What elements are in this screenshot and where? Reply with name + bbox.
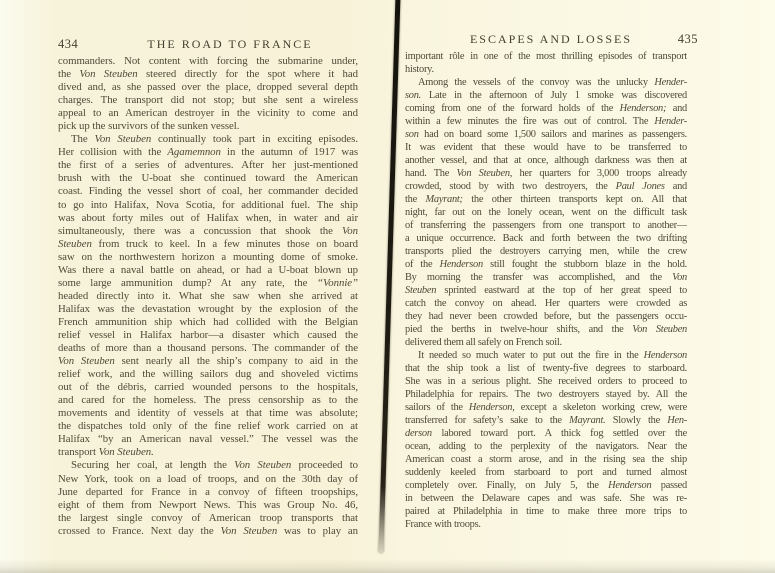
text-line: Among the vessels of the convoy was the … [405, 76, 687, 89]
text-line: son had on board some 1,500 sailors and … [405, 128, 687, 141]
text-line: pied the berths in twelve-hour shifts, a… [405, 323, 687, 336]
text-line: Her collision with the Agamemnon in the … [58, 146, 358, 159]
text-line: commanders. Not content with forcing the… [58, 55, 358, 68]
book-spread: 434 THE ROAD TO FRANCE commanders. Not c… [0, 0, 775, 573]
text-line: paired at Philadelphia in time to make t… [405, 505, 687, 518]
left-page-header: 434 THE ROAD TO FRANCE [58, 37, 358, 53]
text-line: completely over. Finally, on July 5, the… [405, 479, 687, 492]
text-line: sailors of the Henderson, except a skele… [405, 401, 687, 414]
text-line: of the Henderson still fought the stubbo… [405, 258, 687, 271]
text-line: the Mayrant; the other thirteen transpor… [405, 193, 687, 206]
text-line: Steuben from truck to keel. In a few min… [58, 238, 358, 251]
text-line: to go into Halifax, Nova Scotia, for add… [58, 199, 358, 212]
text-line: ocean, adding to the perplexity of the n… [405, 440, 687, 453]
text-line: simultaneously, there was a concussion t… [58, 225, 358, 238]
text-line: the first of a series of adventures. Aft… [58, 159, 358, 172]
text-line: derson labored toward port. A thick fog … [405, 427, 687, 440]
text-line: out of the débris, carried wounded perso… [58, 381, 358, 394]
text-line: eight of them from Newport News. This wa… [58, 499, 358, 512]
text-line: charges. The transport did not stop; but… [58, 94, 358, 107]
left-page-text-column: commanders. Not content with forcing the… [58, 55, 358, 538]
running-title: THE ROAD TO FRANCE [80, 37, 380, 52]
text-line: She was in a serious plight. She receive… [405, 375, 687, 388]
text-line: relief vessel in Halifax harbor—a disast… [58, 329, 358, 342]
text-line: relief work, and the willing sailors dug… [58, 368, 358, 381]
text-line: June departed for France in a convoy of … [58, 486, 358, 499]
page-gutter-shadow [378, 0, 400, 553]
text-line: crowded, stood by with two destroyers, t… [405, 180, 687, 193]
text-line: of transferring the passengers from one … [405, 219, 687, 232]
text-line: history. [405, 63, 687, 76]
text-line: son. Late in the afternoon of July 1 smo… [405, 89, 687, 102]
text-line: movements and identity of vessels at tha… [58, 407, 358, 420]
text-line: transports plied the destroyers carrying… [405, 245, 687, 258]
text-line: that the ship took a list of twenty-five… [405, 362, 687, 375]
text-line: headed directly into it. What she saw wh… [58, 290, 358, 303]
text-line: French ammunition ship which had collide… [58, 316, 358, 329]
text-line: the largest single convoy of American tr… [58, 512, 358, 525]
right-page-header: ESCAPES AND LOSSES 435 [405, 32, 687, 48]
text-line: and cared for the homeless. The press ce… [58, 394, 358, 407]
text-line: Steuben sprinted eastward at the top of … [405, 284, 687, 297]
text-line: It needed so much water to put out the f… [405, 349, 687, 362]
text-line: Halifax “by an American naval vessel.” T… [58, 433, 358, 446]
text-line: Philadelphia for repairs. The two destro… [405, 388, 687, 401]
page-number: 434 [58, 37, 78, 52]
text-line: some large ammunition dump? At any rate,… [58, 277, 358, 290]
text-line: night, far out on the lonely ocean, went… [405, 206, 687, 219]
text-line: coming from one of the forward holds of … [405, 102, 687, 115]
text-line: France with troops. [405, 518, 687, 531]
text-line: saw on the northwestern horizon a mounti… [58, 251, 358, 264]
text-line: they had never been crowded before, but … [405, 310, 687, 323]
text-line: coast. Finding the vessel short of coal,… [58, 185, 358, 198]
text-line: New York, took on a load of troops, and … [58, 473, 358, 486]
text-line: appeal to an American destroyer in the v… [58, 107, 358, 120]
text-line: The Von Steuben continually took part in… [58, 133, 358, 146]
text-line: crossed to France. Next day the Von Steu… [58, 525, 358, 538]
text-line: another vessel, and that at once, althou… [405, 154, 687, 167]
text-line: pick up the survivors of the sunken vess… [58, 120, 358, 133]
text-line: Halifax was the devastation wrought by t… [58, 303, 358, 316]
right-page-text-column: important rôle in one of the most thrill… [405, 50, 687, 531]
text-line: Von Steuben sent nearly all the ship’s c… [58, 355, 358, 368]
text-line: catch the convoy on ahead. Her quarters … [405, 297, 687, 310]
text-line: transport Von Steuben. [58, 446, 358, 459]
text-line: It was evident that these would have to … [405, 141, 687, 154]
bottom-edge-shadow [0, 559, 775, 573]
text-line: Securing her coal, at length the Von Ste… [58, 459, 358, 472]
running-title: ESCAPES AND LOSSES [410, 32, 692, 47]
text-line: hand. The Von Steuben, her quarters for … [405, 167, 687, 180]
text-line: American coast a storm arose, and in the… [405, 453, 687, 466]
text-line: transferred for safety’s sake to the May… [405, 414, 687, 427]
page-number: 435 [678, 32, 698, 47]
text-line: was about forty miles out of Halifax whe… [58, 212, 358, 225]
text-line: the Von Steuben steered directly for the… [58, 68, 358, 81]
text-line: delivered them all safely on French soil… [405, 336, 687, 349]
text-line: Was there a naval battle on ahead, or ha… [58, 264, 358, 277]
text-line: By morning the transfer was accomplished… [405, 271, 687, 284]
text-line: within a few minutes the fire was out of… [405, 115, 687, 128]
text-line: a unique occurrence. Back and forth betw… [405, 232, 687, 245]
text-line: dived and, as she passed over the place,… [58, 81, 358, 94]
text-line: suddenly keeled from starboard to port a… [405, 466, 687, 479]
text-line: in between the Delaware capes and was sa… [405, 492, 687, 505]
text-line: deaths of more than a thousand persons. … [58, 342, 358, 355]
text-line: important rôle in one of the most thrill… [405, 50, 687, 63]
text-line: brush with the U-boat she continued towa… [58, 172, 358, 185]
text-line: the dispatches told only of the fine rel… [58, 420, 358, 433]
